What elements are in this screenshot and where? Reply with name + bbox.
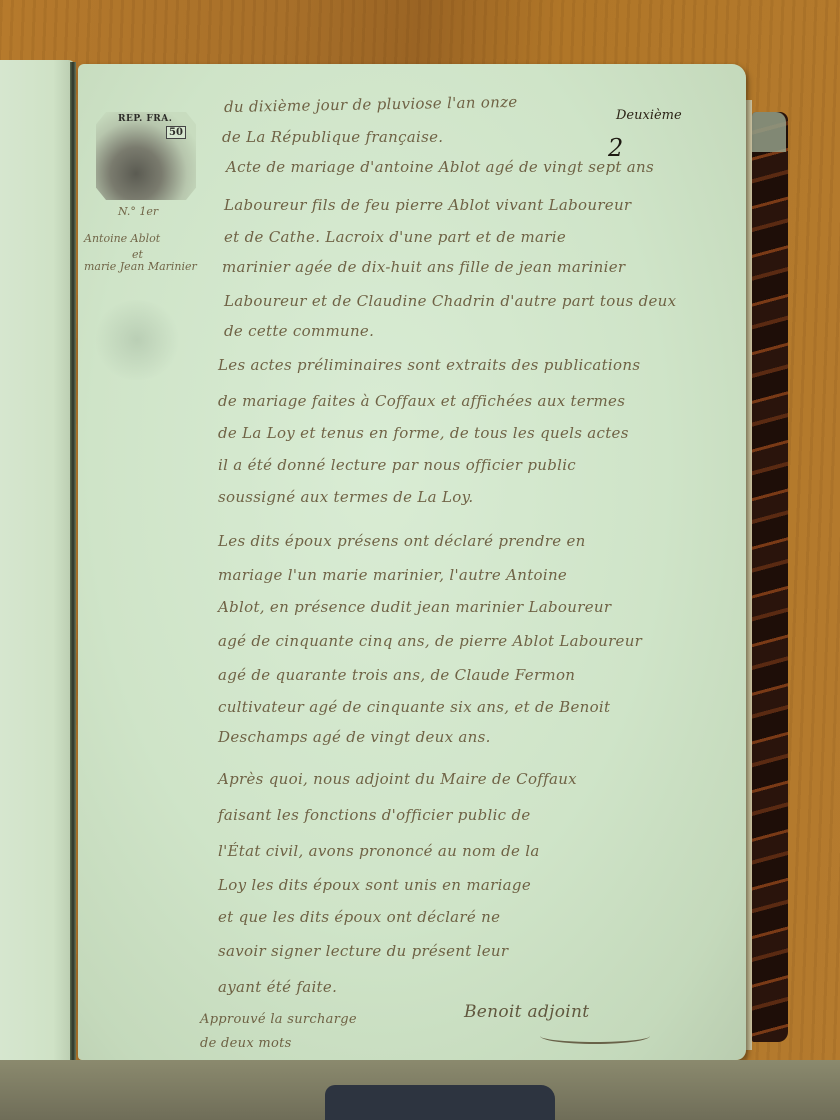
approval-note: Approuvé la surcharge [200,1012,357,1027]
marbled-book-cover [752,112,788,1042]
text-line: agé de cinquante cinq ans, de pierre Abl… [218,632,642,650]
margin-note-groom: Antoine Ablot [84,232,160,245]
text-line: et de Cathe. Lacroix d'une part et de ma… [224,228,566,246]
signature-flourish [540,1028,650,1044]
officer-signature: Benoit adjoint [464,1002,589,1022]
cover-corner [752,112,786,152]
text-line: agé de quarante trois ans, de Claude Fer… [218,666,575,684]
text-line: et que les dits époux ont déclaré ne [218,908,500,926]
margin-note-bride: marie Jean Marinier [84,260,197,273]
text-line: Laboureur et de Claudine Chadrin d'autre… [224,292,676,310]
text-line: de cette commune. [224,322,374,340]
stamp-value: 50 [166,126,186,139]
text-line: mariage l'un marie marinier, l'autre Ant… [218,566,567,584]
text-line: l'État civil, avons prononcé au nom de l… [218,842,540,860]
text-line: Loy les dits époux sont unis en mariage [218,876,531,894]
text-line: cultivateur agé de cinquante six ans, et… [218,698,610,716]
text-line: de La République française. [222,128,443,146]
text-line: de mariage faites à Coffaux et affichées… [218,392,625,410]
book-gutter [70,62,76,1062]
text-line: Laboureur fils de feu pierre Ablot vivan… [224,196,631,214]
text-line: ayant été faite. [218,978,337,996]
approval-note: de deux mots [200,1036,292,1051]
text-line: Après quoi, nous adjoint du Maire de Cof… [218,770,577,788]
text-line: savoir signer lecture du présent leur [218,942,508,960]
text-line: Ablot, en présence dudit jean marinier L… [218,598,611,616]
text-line: soussigné aux termes de La Loy. [218,488,473,506]
left-facing-page [0,60,76,1060]
dark-cloth [325,1085,555,1120]
faint-seal-mark [92,300,182,380]
folio-annotation: Deuxième [616,108,682,123]
text-line: marinier agée de dix-huit ans fille de j… [222,258,625,276]
margin-note-number: N.° 1er [118,205,158,218]
text-line: Deschamps agé de vingt deux ans. [218,728,491,746]
text-line: Acte de mariage d'antoine Ablot agé de v… [226,158,654,176]
text-line: il a été donné lecture par nous officier… [218,456,576,474]
text-line: Les actes préliminaires sont extraits de… [218,356,640,374]
stamp-label: REP. FRA. [118,114,172,124]
text-line: de La Loy et tenus en forme, de tous les… [218,424,629,442]
text-line: Les dits époux présens ont déclaré prend… [218,532,586,550]
text-line: faisant les fonctions d'officier public … [218,806,531,824]
